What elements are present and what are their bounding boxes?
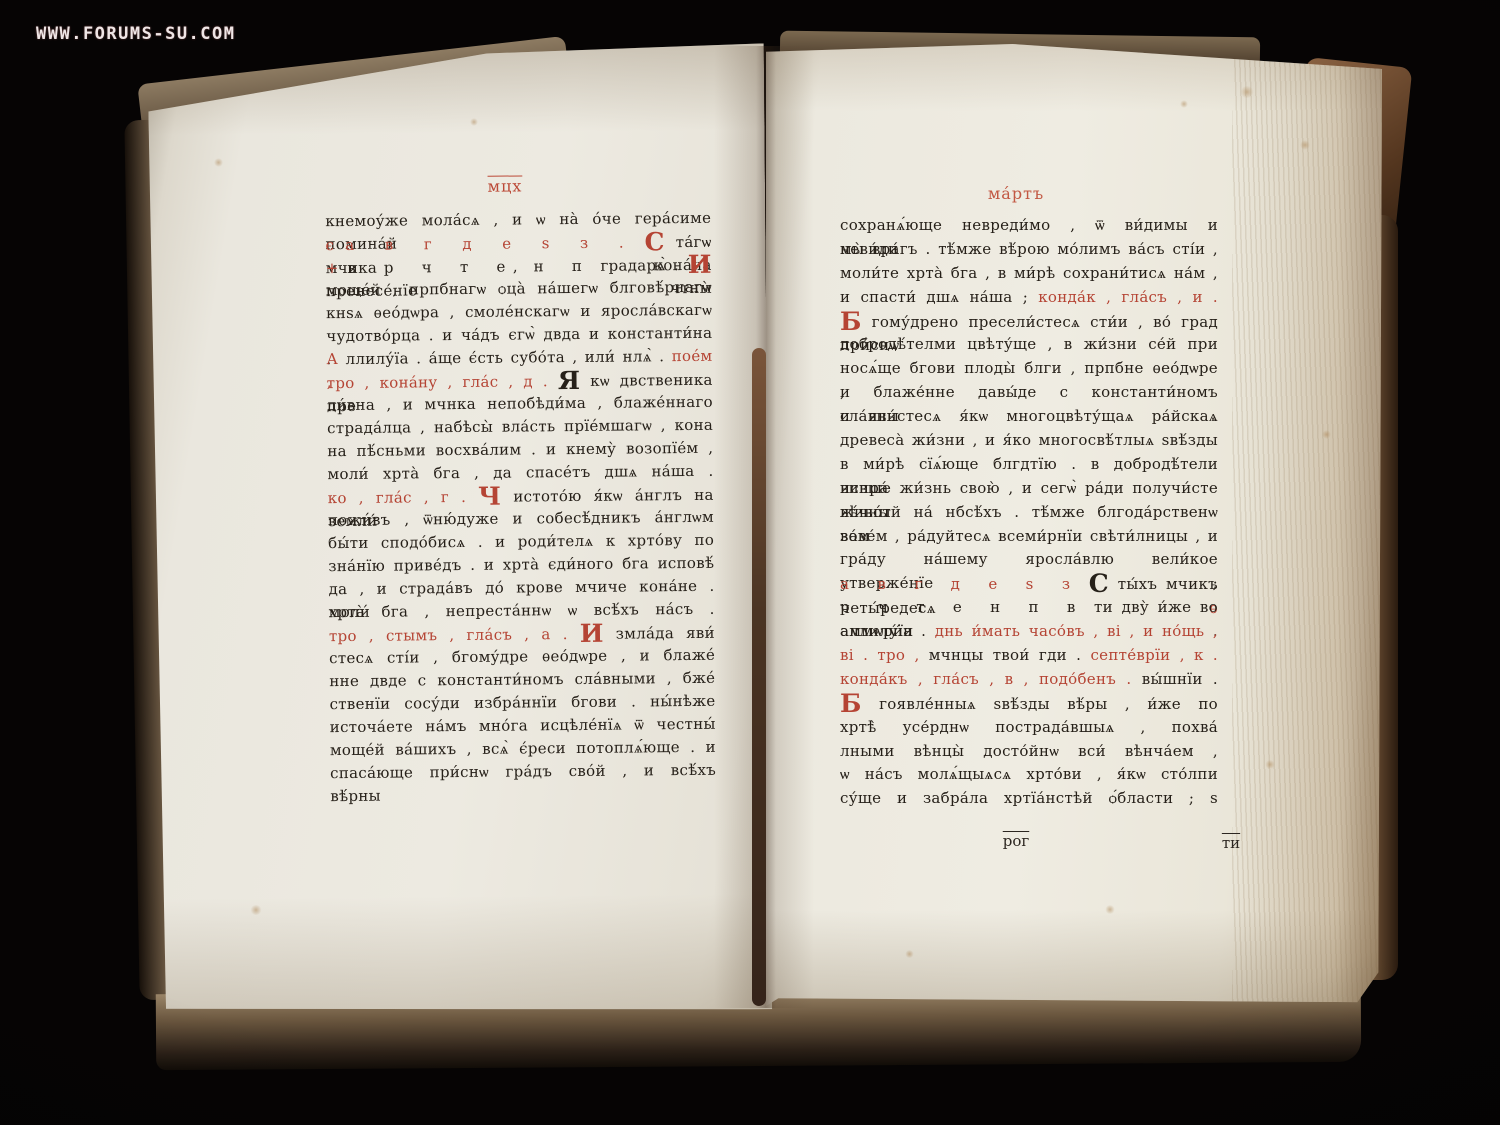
text-segment: конда́к , гла́съ , и . bbox=[1038, 288, 1218, 306]
text-line: ди́вна , и мчнка непобѣди́ма , блаже́нна… bbox=[327, 391, 713, 417]
text-segment: на пѣ́сньми восхва́лим . и кнему̀ возопї… bbox=[327, 439, 713, 460]
text-segment: нне двде с константи́номъ сла́вными , бж… bbox=[329, 669, 715, 690]
text-segment: ллилу́їа . а́ще є́сть субо́та , или́ нлѧ… bbox=[345, 347, 664, 368]
text-segment: вы́шнїи . bbox=[1142, 670, 1218, 688]
text-line: тро , стымъ , гла́съ , а . И змла́да яви… bbox=[329, 621, 715, 647]
text-line: ственїи сосу́ди избра́ннїи бгови . ны́нѣ… bbox=[329, 690, 715, 716]
text-segment: мчнцы твои́ гди . bbox=[929, 646, 1081, 664]
text-line: а в г д е ѕ з С ты́хъ мчикъ четы́редесѧ … bbox=[840, 572, 1218, 596]
text-line: и блаже́нне давы́де с константи́номъ сла… bbox=[840, 381, 1218, 405]
text-line: бы́ти сподо́бисѧ . и роди́телѧ к хрто́ву… bbox=[328, 529, 714, 555]
left-page-header: мцх bbox=[445, 176, 565, 196]
text-line: нне двде с константи́номъ сла́вными , бж… bbox=[329, 667, 715, 693]
text-segment: аллилу́їа . bbox=[840, 622, 926, 640]
text-line: древеса̀ жи́зни , и я́ко многосвѣ́тлыѧ ѕ… bbox=[840, 429, 1218, 453]
text-segment: ко , гла́с , г . bbox=[328, 488, 467, 507]
text-segment: хрта̀ бга , непреста́ннѡ ѡ всѣ́хъ на́съ … bbox=[329, 600, 715, 621]
text-line: є а в г д е ѕ з . С та́гѡ мчика , кона́н… bbox=[325, 230, 711, 256]
text-line: + в р ч т е н п градарѧ̀ . И пренесе́нїе… bbox=[326, 253, 712, 279]
text-segment: р ч т е н п в bbox=[840, 598, 1085, 616]
text-line: мы̀ вра́гъ . тѣ́мже вѣ́рою мо́лимъ ва́съ… bbox=[840, 238, 1218, 262]
text-segment: ѡ на́съ молѧ́щыѧсѧ хрто́ви , я́кѡ сто́лп… bbox=[840, 765, 1218, 783]
text-segment: ві . bbox=[840, 646, 868, 664]
text-segment: градарѧ̀ . bbox=[600, 256, 679, 275]
text-segment: є bbox=[325, 236, 334, 254]
text-line: добродѣ́телми цвѣту́ще , в жи́зни се́й п… bbox=[840, 333, 1218, 357]
text-line: моще́й ва́шихъ , всѧ̀ є́реси потоплѧ́юще… bbox=[330, 736, 716, 762]
text-segment: И bbox=[580, 619, 604, 648]
text-line: в ми́рѣ сїѧ́юще блгдтїю . в добродѣ́тели… bbox=[840, 453, 1218, 477]
text-segment: страда́лца , набѣсы̀ вла́сть прїе́мшагѡ … bbox=[327, 416, 713, 437]
text-segment: моли́ хрта̀ бга , да спасе́тъ дшѧ на́ша … bbox=[327, 462, 713, 483]
text-segment: мы̀ вра́гъ . тѣ́мже вѣ́рою мо́лимъ ва́съ… bbox=[840, 240, 1218, 258]
text-segment: Ч bbox=[478, 482, 501, 511]
right-page: ма́ртъ сохранѧ́юще невреди́мо , ѿ ви́дим… bbox=[766, 44, 1382, 1006]
text-line: кнѕѧ ѳео́дѡра , смоле́нскагѡ и яросла́вс… bbox=[326, 299, 712, 325]
text-line: су́ще и забра́ла хртїа́нстѣй ѻ́бласти ; … bbox=[840, 787, 1218, 811]
text-segment: источа́ете на́мъ мно́га исцѣле́нїѧ ѿ чес… bbox=[330, 715, 716, 736]
text-segment: конда́къ , гла́съ , в , подо́бенъ . bbox=[840, 670, 1131, 688]
fore-edge-lines bbox=[1232, 44, 1382, 1006]
text-line: носѧ́ще бгови плоды̀ блги , прпбне ѳео́д… bbox=[840, 357, 1218, 381]
text-line: на пѣ́сньми восхва́лим . и кнему̀ возопї… bbox=[327, 437, 713, 463]
text-segment: спаса́юще при́снѡ гра́дъ сво́й , и всѣ́х… bbox=[330, 761, 716, 805]
text-segment: Б bbox=[840, 307, 862, 336]
text-line: Б гоявле́нныѧ ѕвѣ́зды вѣ́ры , и́же по bbox=[840, 692, 1218, 716]
text-line: гра́ду на́шему яросла́влю вели́кое утвер… bbox=[840, 548, 1218, 572]
text-segment: И bbox=[688, 250, 712, 279]
text-line: сохранѧ́юще невреди́мо , ѿ ви́димы и нев… bbox=[840, 214, 1218, 238]
text-line: хртѣ̀ усе́рднѡ пострада́вшыѧ , похва́ bbox=[840, 716, 1218, 740]
text-segment: зна́нїю приве́дъ . и хрта̀ єди́ного бга … bbox=[328, 554, 714, 575]
text-segment: днь и́мать часо́въ , ві , и но́щь , bbox=[935, 622, 1218, 640]
text-segment: Я bbox=[558, 366, 581, 395]
text-line: источа́ете на́мъ мно́га исцѣле́нїѧ ѿ чес… bbox=[330, 713, 716, 739]
text-segment: моще́й ва́шихъ , всѧ̀ є́реси потоплѧ́юще… bbox=[330, 738, 716, 759]
text-segment: С bbox=[644, 227, 664, 256]
text-line: ѡ на́съ молѧ́щыѧсѧ хрто́ви , я́кѡ сто́лп… bbox=[840, 763, 1218, 787]
text-segment: А bbox=[326, 350, 338, 368]
text-segment: Б bbox=[840, 689, 862, 718]
text-line: моще́й , прпбнагѡ ѻца̀ на́шегѡ блговѣ́рн… bbox=[326, 276, 712, 302]
text-segment: ѕ bbox=[1210, 789, 1218, 807]
right-page-header: ма́ртъ bbox=[946, 184, 1086, 203]
text-segment: лными вѣнцы̀ досто́йнѡ вси́ вѣнча́ем , bbox=[840, 742, 1218, 760]
text-segment: кнѕѧ ѳео́дѡра , смоле́нскагѡ и яросла́вс… bbox=[326, 301, 712, 322]
text-line: моли́те хрта̀ бга , в ми́рѣ сохрани́тисѧ… bbox=[840, 262, 1218, 286]
text-line: тро , кона́ну , гла́с , д . Я кѡ двствен… bbox=[327, 368, 713, 394]
text-line: А ллилу́їа . а́ще є́сть субо́та , или́ н… bbox=[326, 345, 712, 371]
text-segment: а в г д е ѕ з . bbox=[345, 233, 634, 254]
text-segment: зове́м , ра́дуйтесѧ всеми́рнїи свѣти́лни… bbox=[840, 527, 1218, 545]
left-text-block: кнемоу́же мола́сѧ , и ѡ на̀ о́че гера́си… bbox=[325, 207, 716, 785]
text-segment: гоявле́нныѧ ѕвѣ́зды вѣ́ры , и́же по bbox=[879, 695, 1218, 713]
text-segment: + bbox=[326, 259, 339, 277]
text-line: чудотво́рца . и ча́дъ єгѡ̀ двда и конста… bbox=[326, 322, 712, 348]
text-segment: С bbox=[1089, 569, 1109, 598]
text-segment: а в г д е ѕ з bbox=[840, 575, 1080, 593]
text-line: да , и страда́въ до́ крове мчиче кона́не… bbox=[328, 575, 714, 601]
text-segment: моли́те хрта̀ бга , в ми́рѣ сохрани́тисѧ… bbox=[840, 264, 1218, 282]
book-photo: WWW.FORUMS-SU.COM мцх кнемоу́же мола́сѧ … bbox=[0, 0, 1500, 1125]
right-text-block: сохранѧ́юще невреди́мо , ѿ ви́димы и нев… bbox=[840, 214, 1218, 811]
text-segment: бы́ти сподо́бисѧ . и роди́телѧ к хрто́ву… bbox=[328, 531, 714, 552]
text-segment: и спасти́ дшѧ на́ша ; bbox=[840, 288, 1028, 306]
text-line: вѣ́чный на́ нбсѣ́хъ . тѣ́мже блгода́рств… bbox=[840, 501, 1218, 525]
text-line: вивше жи́знь свою̀ , и сегѡ̀ ра́ди получ… bbox=[840, 477, 1218, 501]
binding-gutter bbox=[752, 348, 766, 1006]
text-segment: добродѣ́телми цвѣту́ще , в жи́зни се́й п… bbox=[840, 335, 1218, 353]
text-segment: стесѧ сті́и , бгому́дре ѳео́дѡре , и бла… bbox=[329, 646, 715, 667]
text-line: стесѧ сті́и , бгому́дре ѳео́дѡре , и бла… bbox=[329, 644, 715, 670]
text-line: пожи́въ , ѿню́дуже и собесѣ́дникъ а́нглѡ… bbox=[328, 506, 714, 532]
text-segment: змла́да яви́ bbox=[616, 624, 715, 643]
text-segment: в р ч т е н п bbox=[347, 257, 592, 277]
text-segment: ственїи сосу́ди избра́ннїи бгови . ны́нѣ… bbox=[329, 692, 715, 713]
text-line: аллилу́їа . днь и́мать часо́въ , ві , и … bbox=[840, 620, 1218, 644]
text-line: страда́лца , набѣсы̀ вла́сть прїе́мшагѡ … bbox=[327, 414, 713, 440]
text-segment: септе́врїи , к . bbox=[1090, 646, 1218, 664]
text-line: и спасти́ дшѧ на́ша ; конда́к , гла́съ ,… bbox=[840, 286, 1218, 310]
text-segment: и яви́стесѧ я́кѡ многоцвѣту́щаѧ ра́йскаѧ bbox=[840, 407, 1218, 425]
watermark-text: WWW.FORUMS-SU.COM bbox=[36, 24, 236, 44]
text-line: лными вѣнцы̀ досто́йнѡ вси́ вѣнча́ем , bbox=[840, 740, 1218, 764]
text-line: зове́м , ра́дуйтесѧ всеми́рнїи свѣти́лни… bbox=[840, 525, 1218, 549]
quire-signature: ти bbox=[1206, 834, 1256, 852]
text-line: р ч т е н п в ти дву̀ и́же во аммѡри́и . bbox=[840, 596, 1218, 620]
text-segment: хртѣ̀ усе́рднѡ пострада́вшыѧ , похва́ bbox=[840, 718, 1218, 736]
text-line: зна́нїю приве́дъ . и хрта̀ єди́ного бга … bbox=[328, 552, 714, 578]
text-segment: тро , стымъ , гла́съ , а . bbox=[329, 625, 568, 645]
text-segment: тро , кона́ну , гла́с , д . bbox=[327, 372, 548, 392]
text-line: моли́ хрта̀ бга , да спасе́тъ дшѧ на́ша … bbox=[327, 460, 713, 486]
text-segment: ди́вна , и мчнка непобѣди́ма , блаже́нна… bbox=[327, 393, 713, 414]
text-line: ві . тро , мчнцы твои́ гди . септе́врїи … bbox=[840, 644, 1218, 668]
text-segment: тро , bbox=[877, 646, 919, 664]
text-line: хрта̀ бга , непреста́ннѡ ѡ всѣ́хъ на́съ … bbox=[329, 598, 715, 624]
left-page: мцх кнемоу́же мола́сѧ , и ѡ на̀ о́че гер… bbox=[148, 43, 772, 1014]
text-line: Б гому́дрено пресели́стесѧ сти́и , во́ г… bbox=[840, 310, 1218, 334]
text-segment: древеса̀ жи́зни , и я́ко многосвѣ́тлыѧ ѕ… bbox=[840, 431, 1218, 449]
text-segment: моще́й , прпбнагѡ ѻца̀ на́шегѡ блговѣ́рн… bbox=[326, 278, 712, 299]
text-segment: су́ще и забра́ла хртїа́нстѣй ѻ́бласти ; bbox=[840, 789, 1194, 807]
folio-number: рог bbox=[981, 832, 1051, 850]
text-line: конда́къ , гла́съ , в , подо́бенъ . вы́ш… bbox=[840, 668, 1218, 692]
text-line: ко , гла́с , г . Ч истото́ю я́кѡ а́нглъ … bbox=[328, 483, 714, 509]
text-line: и яви́стесѧ я́кѡ многоцвѣту́щаѧ ра́йскаѧ bbox=[840, 405, 1218, 429]
text-segment: пожи́въ , ѿню́дуже и собесѣ́дникъ а́нглѡ… bbox=[328, 508, 714, 529]
text-line: спаса́юще при́снѡ гра́дъ сво́й , и всѣ́х… bbox=[330, 759, 716, 785]
